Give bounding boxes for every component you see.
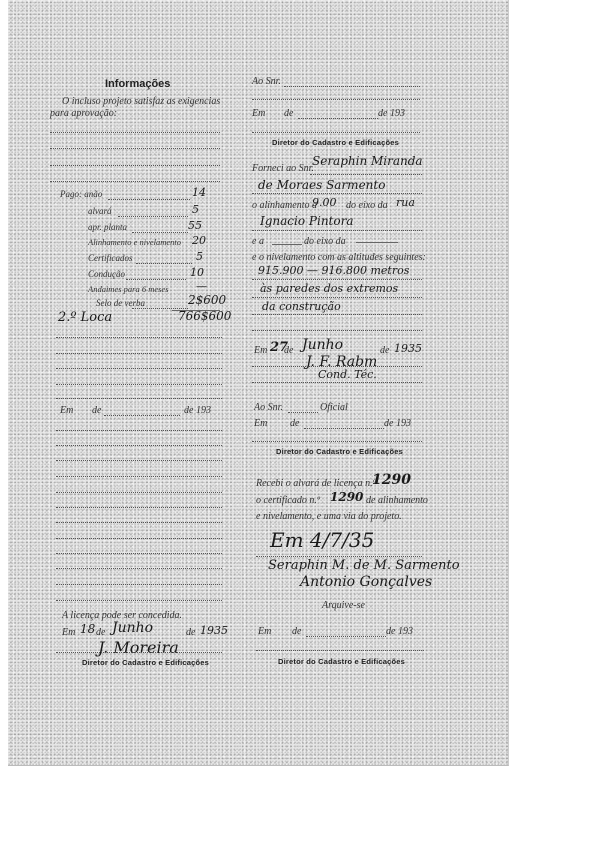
intro-text-line2: para aprovação:	[50, 108, 117, 119]
fee-leader	[126, 279, 186, 280]
fill	[288, 412, 318, 413]
handwritten-entry-label: 2.º Loca	[58, 310, 112, 325]
ruled-line	[252, 279, 422, 280]
nivelamento-label: e o nivelamento com as altitudes seguint…	[252, 252, 426, 263]
ao-snr-label: Ao Snr.	[252, 76, 281, 87]
fee-leader	[132, 232, 188, 233]
ruled-line	[252, 230, 422, 231]
fee-label-andaimes: Andaimes para 6 meses	[88, 284, 169, 294]
certificado-value: 1290	[330, 490, 363, 504]
fee-label-conducao: Condução	[88, 269, 125, 279]
de-label: de	[284, 108, 293, 119]
director-label-2: Diretor do Cadastro e Edificações	[276, 447, 403, 456]
year-label: de 193	[378, 108, 405, 119]
date-em-label: Em	[60, 405, 73, 416]
ruled-line	[56, 600, 222, 601]
fee-leader	[108, 199, 190, 200]
director-label: Diretor do Cadastro e Edificações	[82, 658, 209, 667]
date-de-label: de	[92, 405, 101, 416]
ruled-line	[56, 492, 222, 493]
ruled-line	[56, 337, 222, 338]
ao-snr-oficial-label: Ao Snr.	[254, 402, 283, 413]
ruled-line	[252, 330, 422, 331]
ruled-line	[252, 132, 420, 133]
ruled-line	[56, 445, 222, 446]
alinhamento-value: 9.00	[312, 196, 337, 209]
arquive-label: Arquive-se	[322, 600, 365, 611]
ruled-line	[310, 174, 422, 175]
fee-value-conducao: 10	[190, 266, 204, 279]
forneci-label: Forneci ao Snr.	[252, 163, 314, 174]
director-label-3: Diretor do Cadastro e Edificações	[278, 657, 405, 666]
alinhamento-label: o alinhamento a	[252, 200, 317, 211]
ruled-line	[252, 297, 422, 298]
technician-title: Cond. Téc.	[318, 368, 377, 381]
signed-date-em: Em	[254, 345, 267, 356]
receipt-signature-2: Antonio Gonçalves	[300, 574, 432, 590]
do-eixo-da-label: do eixo da	[304, 236, 346, 247]
date-fill	[104, 415, 180, 416]
ruled-line	[252, 366, 422, 367]
fee-label-certificados: Certificados	[88, 253, 133, 263]
ruled-line	[56, 430, 222, 431]
fee-label-alvara: alvará	[88, 206, 112, 216]
signed-date-de: de	[96, 627, 105, 638]
altitudes-line-1: 915.900 — 916.800 metros	[258, 264, 409, 277]
signed-date-year: 1935	[394, 342, 422, 355]
ao-snr-fill	[284, 86, 420, 87]
ruled-line	[56, 460, 222, 461]
intro-text-line1: O incluso projeto satisfaz as exigencias	[62, 96, 220, 107]
year-label-2: de 193	[384, 418, 411, 429]
altitudes-line-2: às paredes dos extremos	[260, 282, 398, 295]
de-label-3: de	[292, 626, 301, 637]
fee-leader	[136, 263, 192, 264]
ruled-line	[56, 353, 222, 354]
ruled-line	[56, 507, 222, 508]
ruled-line	[56, 384, 222, 385]
street-name: Ignacio Pintora	[260, 214, 353, 228]
date-year-label: de 193	[184, 405, 211, 416]
ruled-line	[252, 382, 422, 383]
date-fill	[306, 636, 386, 637]
forneci-name-2: de Moraes Sarmento	[258, 178, 385, 192]
informacoes-title: Informações	[105, 78, 170, 90]
director-signature: J. Moreira	[98, 638, 179, 657]
fee-value-selo: 2$600	[188, 293, 226, 307]
fee-value-andaimes: —	[196, 280, 207, 293]
receipt-date: Em 4/7/35	[270, 528, 374, 552]
date-fill	[304, 428, 384, 429]
nivelamento-via-text: e nivelamento, e uma via do projeto.	[256, 511, 402, 522]
altitudes-line-3: da construção	[262, 300, 341, 313]
signed-date-year-prefix: de	[380, 345, 389, 356]
handwritten-entry-value: 766$600	[178, 309, 231, 323]
recebi-label: Recebi o alvará de licença n.º	[256, 478, 376, 489]
signed-date-de: de	[284, 345, 293, 356]
ruled-line	[256, 556, 422, 557]
ruled-line	[252, 99, 420, 100]
signed-date-month: Junho	[302, 337, 343, 353]
signed-date-em: Em	[62, 627, 75, 638]
eixo-label: do eixo da	[346, 200, 388, 211]
director-label-1: Diretor do Cadastro e Edificações	[272, 138, 399, 147]
ruled-line	[56, 522, 222, 523]
signed-date-month: Junho	[112, 620, 153, 636]
signed-date-day: 18	[80, 622, 95, 636]
fee-leader	[118, 216, 188, 217]
fee-label-ano: Pago: anão	[60, 189, 102, 199]
fee-value-alvara: 5	[192, 203, 199, 216]
ruled-line	[252, 441, 422, 442]
fee-value-planta: 55	[188, 219, 202, 232]
ruled-line	[56, 553, 222, 554]
de-label-2: de	[290, 418, 299, 429]
ruled-line	[56, 538, 222, 539]
recebi-value: 1290	[372, 472, 411, 488]
ruled-line	[252, 314, 422, 315]
signature-line	[256, 650, 424, 651]
ruled-line	[56, 368, 222, 369]
em-label-3: Em	[258, 626, 271, 637]
ruled-line	[252, 193, 422, 194]
receipt-signature-1: Seraphin M. de M. Sarmento	[268, 558, 460, 573]
fee-label-planta: apr. planta	[88, 222, 127, 232]
date-fill	[298, 118, 378, 119]
ruled-line	[50, 148, 220, 149]
oficial-label: Oficial	[320, 402, 348, 413]
fee-value-ano: 14	[192, 186, 206, 199]
ruled-line	[56, 476, 222, 477]
e-a-label: e a	[252, 236, 264, 247]
forneci-name-1: Seraphin Miranda	[312, 154, 423, 168]
certificado-label: o certificado n.º	[256, 495, 320, 506]
em-label-2: Em	[254, 418, 267, 429]
certificado-suffix: de alinhamento	[366, 495, 428, 506]
dash-fill	[272, 244, 302, 245]
year-label-3: de 193	[386, 626, 413, 637]
signature-line	[56, 652, 222, 653]
ruled-line	[50, 181, 220, 182]
fee-label-alinhamento: Alinhamento e nivelamento	[88, 237, 181, 247]
eixo-value: rua	[396, 196, 415, 209]
signed-date-year: 1935	[200, 624, 228, 637]
ruled-line	[56, 398, 222, 399]
fee-value-certificados: 5	[196, 250, 203, 263]
em-label: Em	[252, 108, 265, 119]
ruled-line	[50, 165, 220, 166]
signed-date-year-prefix: de	[186, 627, 195, 638]
fee-value-alinhamento: 20	[192, 234, 206, 247]
dash-fill	[356, 242, 398, 243]
ruled-line	[56, 568, 222, 569]
ruled-line	[50, 132, 220, 133]
ruled-line	[56, 584, 222, 585]
fee-label-selo: Selo de verba	[96, 298, 145, 308]
